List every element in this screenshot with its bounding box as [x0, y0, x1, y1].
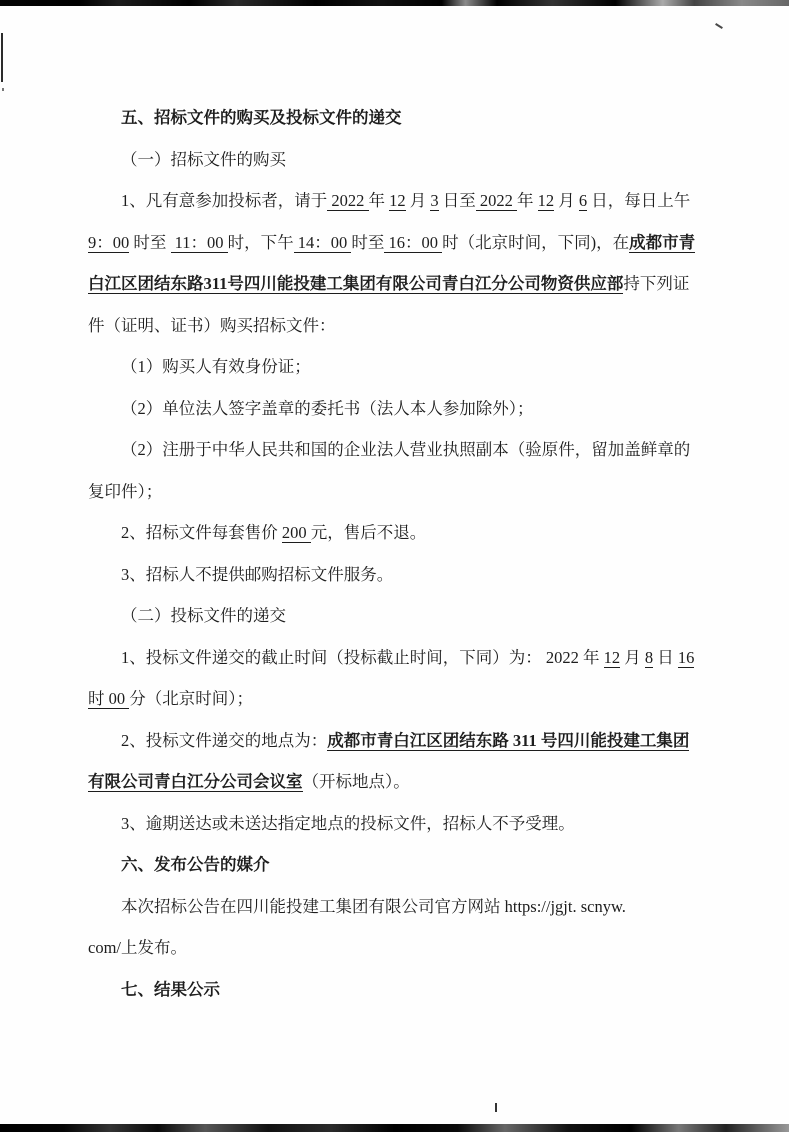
doc-text-underlined: 时 00: [88, 689, 129, 709]
doc-line: 9：00 时至 11：00 时，下午 14：00 时至 16：00 时（北京时间…: [88, 222, 708, 264]
doc-text-underlined: 16: [678, 648, 695, 668]
doc-line: 3、逾期送达或未送达指定地点的投标文件，招标人不予受理。: [88, 803, 708, 845]
scan-artifact-bottom-speck: [495, 1103, 497, 1112]
doc-text: 持下列证: [623, 274, 689, 293]
doc-text: 元，售后不退。: [311, 523, 427, 542]
doc-text: 日: [653, 648, 678, 667]
doc-text-underlined: 成都市青白江区团结东路 311 号四川能投建工集团: [327, 731, 689, 751]
doc-line: 1、凡有意参加投标者，请于 2022 年 12 月 3 日至 2022 年 12…: [88, 180, 708, 222]
doc-line: 有限公司青白江分公司会议室（开标地点）。: [88, 761, 708, 803]
doc-text-underlined: 白江区团结东路311号四川能投建工集团有限公司青白江分公司物资供应部: [88, 274, 623, 294]
doc-text-bold: 六、发布公告的媒介: [121, 855, 270, 874]
doc-text-underlined: 6: [579, 191, 587, 211]
doc-text-underlined: 2022: [476, 191, 517, 211]
doc-line: 白江区团结东路311号四川能投建工集团有限公司青白江分公司物资供应部持下列证: [88, 263, 708, 305]
doc-line: （二）投标文件的递交: [88, 595, 708, 637]
doc-line: 七、结果公示: [88, 969, 708, 1011]
scan-artifact-top-band: [0, 0, 789, 6]
doc-text-underlined: 有限公司青白江分公司会议室: [88, 772, 303, 792]
doc-text: 3、逾期送达或未送达指定地点的投标文件，招标人不予受理。: [121, 814, 575, 833]
doc-text: 年: [517, 191, 538, 210]
doc-text-bold: 五、招标文件的购买及投标文件的递交: [121, 108, 402, 127]
doc-line: 2、招标文件每套售价 200 元，售后不退。: [88, 512, 708, 554]
doc-line: 1、投标文件递交的截止时间（投标截止时间，下同）为： 2022 年 12 月 8…: [88, 637, 708, 679]
doc-text: 本次招标公告在四川能投建工集团有限公司官方网站 https://jgjt. sc…: [121, 897, 626, 916]
scanned-page: 五、招标文件的购买及投标文件的递交（一）招标文件的购买1、凡有意参加投标者，请于…: [0, 0, 789, 1132]
doc-text: 月: [406, 191, 431, 210]
doc-text: 时至: [129, 233, 170, 252]
doc-text-underlined: 成都市青: [629, 233, 695, 253]
doc-text: 日至: [439, 191, 476, 210]
doc-text: 2、投标文件递交的地点为：: [121, 731, 327, 750]
doc-text-underlined: 8: [645, 648, 653, 668]
doc-text: （2）单位法人签字盖章的委托书（法人本人参加除外）；: [121, 399, 534, 418]
doc-text: 3、招标人不提供邮购招标文件服务。: [121, 565, 393, 584]
doc-line: 五、招标文件的购买及投标文件的递交: [88, 97, 708, 139]
document-body: 五、招标文件的购买及投标文件的递交（一）招标文件的购买1、凡有意参加投标者，请于…: [88, 97, 708, 1010]
doc-text-underlined: 12: [538, 191, 555, 211]
doc-text: 1、凡有意参加投标者，请于: [121, 191, 327, 210]
doc-text-underlined: 16：00: [384, 233, 442, 253]
doc-line: （一）招标文件的购买: [88, 139, 708, 181]
doc-text: 时（北京时间，下同)，在: [442, 233, 629, 252]
doc-text-underlined: 12: [389, 191, 406, 211]
doc-line: com/上发布。: [88, 927, 708, 969]
doc-text: 分（北京时间）；: [129, 689, 253, 708]
doc-text: （二）投标文件的递交: [121, 606, 286, 625]
doc-text: （开标地点）。: [303, 772, 410, 791]
doc-line: 2、投标文件递交的地点为：成都市青白江区团结东路 311 号四川能投建工集团: [88, 720, 708, 762]
doc-text-underlined: 3: [430, 191, 438, 211]
doc-text: com/上发布。: [88, 938, 187, 957]
doc-line: （2）单位法人签字盖章的委托书（法人本人参加除外）；: [88, 388, 708, 430]
doc-text: 件（证明、证书）购买招标文件：: [88, 316, 336, 335]
doc-text-underlined: 12: [604, 648, 621, 668]
scan-artifact-top-right-speck: [715, 23, 723, 29]
scan-artifact-left-dot: [2, 88, 4, 91]
doc-text: 1、投标文件递交的截止时间（投标截止时间，下同）为： 2022 年: [121, 648, 604, 667]
doc-text: 时，下午: [228, 233, 294, 252]
doc-line: （1）购买人有效身份证；: [88, 346, 708, 388]
doc-text-bold: 七、结果公示: [121, 980, 220, 999]
doc-text: 时至: [351, 233, 384, 252]
doc-line: 时 00 分（北京时间）；: [88, 678, 708, 720]
doc-text-underlined: 11：00: [171, 233, 228, 253]
doc-text-underlined: 200: [282, 523, 311, 543]
doc-line: 本次招标公告在四川能投建工集团有限公司官方网站 https://jgjt. sc…: [88, 886, 708, 928]
doc-text: 年: [369, 191, 390, 210]
doc-text: 复印件）；: [88, 482, 162, 501]
doc-text: 2、招标文件每套售价: [121, 523, 282, 542]
doc-line: 复印件）；: [88, 471, 708, 513]
doc-text: 月: [620, 648, 645, 667]
doc-text: 月: [554, 191, 579, 210]
doc-text-underlined: 2022: [327, 191, 368, 211]
doc-text: （1）购买人有效身份证；: [121, 357, 311, 376]
doc-line: 3、招标人不提供邮购招标文件服务。: [88, 554, 708, 596]
doc-line: （2）注册于中华人民共和国的企业法人营业执照副本（验原件，留加盖鲜章的: [88, 429, 708, 471]
doc-text-underlined: 9：00: [88, 233, 129, 253]
doc-text-underlined: 14：00: [294, 233, 352, 253]
doc-line: 六、发布公告的媒介: [88, 844, 708, 886]
doc-text: （2）注册于中华人民共和国的企业法人营业执照副本（验原件，留加盖鲜章的: [121, 440, 690, 459]
scan-artifact-bottom-band: [0, 1124, 789, 1132]
doc-text: 日，每日上午: [587, 191, 690, 210]
scan-artifact-left-streak: [1, 33, 3, 82]
doc-text: （一）招标文件的购买: [121, 150, 286, 169]
doc-line: 件（证明、证书）购买招标文件：: [88, 305, 708, 347]
